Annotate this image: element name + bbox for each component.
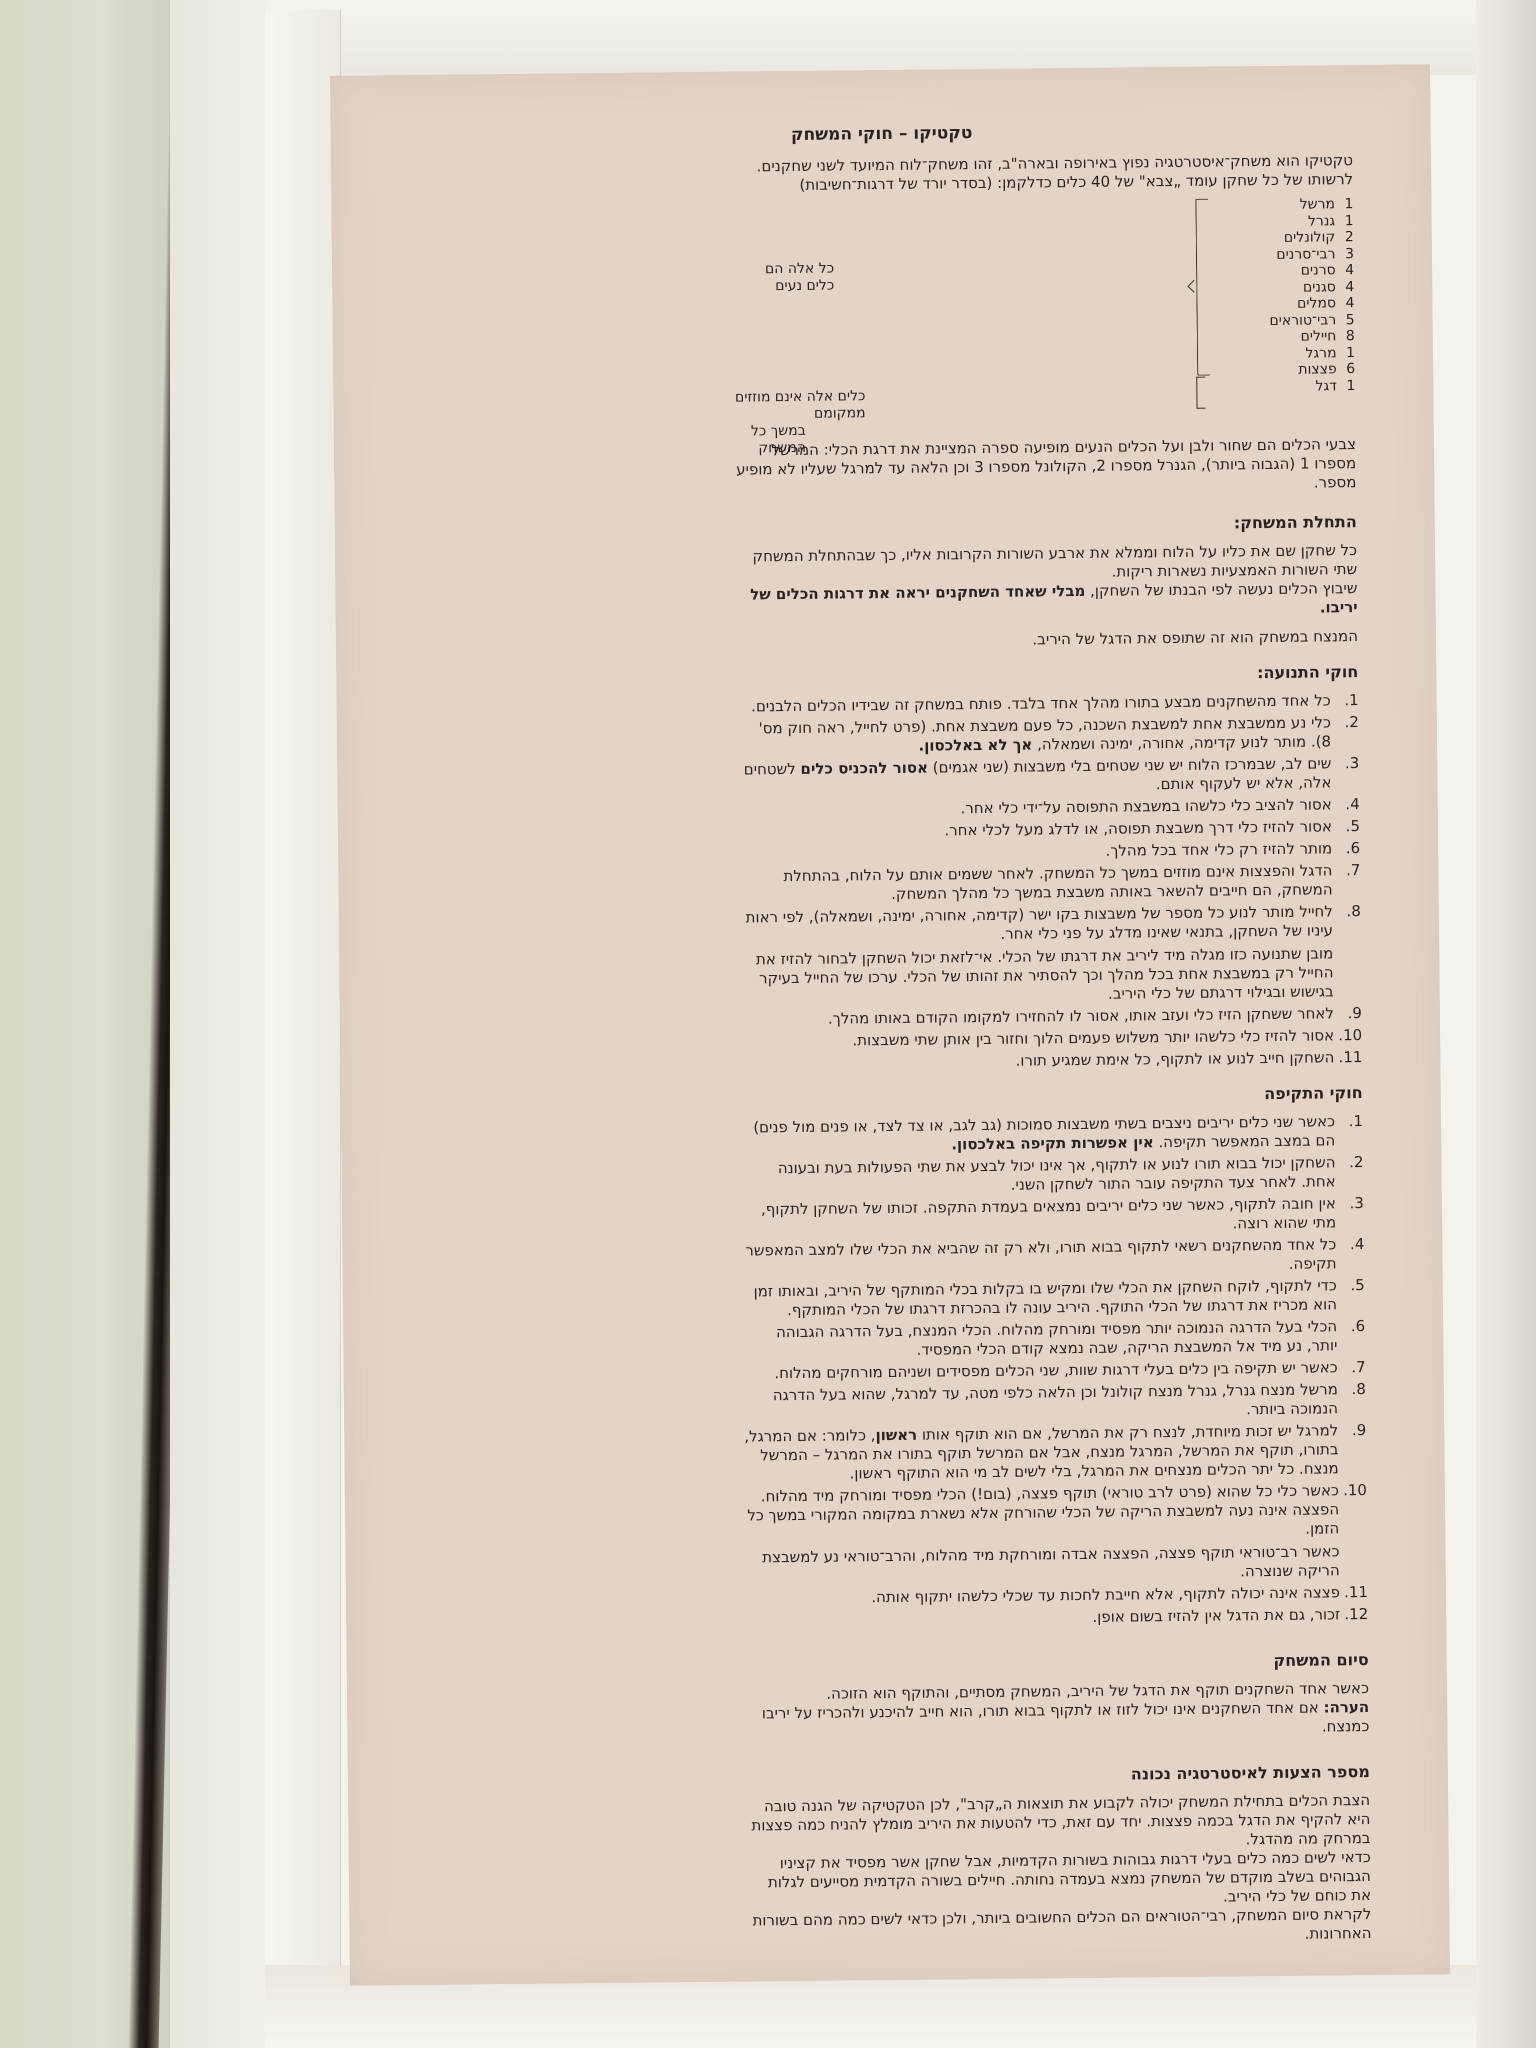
rule-text: אין חובה לתקוף, כאשר שני כלים יריבים נמצ… [761, 1194, 1336, 1232]
start-paragraph-1: כל שחקן שם את כליו על הלוח וממלא את ארבע… [735, 541, 1357, 586]
rule-subparagraph: כאשר רב־טוראי תוקף פצצה, הפצצה אבדה ומור… [745, 1542, 1339, 1586]
rule-number: 5. [1346, 817, 1361, 836]
section-start: התחלת המשחק: כל שחקן שם את כליו על הלוח … [735, 512, 1358, 653]
piece-row: 4 סרנים [1269, 261, 1354, 278]
rule-item: 2.השחקן יכול בבוא תורו לנוע או לתקוף, אך… [741, 1153, 1363, 1198]
brace-moving-icon [1195, 199, 1210, 376]
rule-item: 1.כל אחד מהשחקנים מבצע בתורו מהלך אחד בל… [737, 691, 1359, 717]
intro-paragraph: טקטיקו הוא משחק־איסטרטגיה נפוץ באירופה ו… [731, 151, 1353, 196]
rule-item: 1.כאשר שני כלים יריבים ניצבים בשתי משבצו… [741, 1112, 1363, 1157]
piece-name: חיילים [1300, 328, 1336, 344]
rule-text: אסור להזיז כלי דרך משבצת תפוסה, או לדלג … [944, 817, 1332, 839]
rule-bold-text: ראשון [875, 1426, 917, 1444]
rule-number: 4. [1345, 795, 1360, 814]
rule-text: כאשר כלי כל שהוא (פרט לרב טוראי) תוקף פצ… [747, 1481, 1339, 1537]
rule-text: כאשר יש תקיפה בין כלים בעלי דרגות שוות, … [774, 1358, 1337, 1382]
section-heading: התחלת המשחק: [735, 512, 1357, 538]
rule-number: 5. [1350, 1276, 1365, 1295]
piece-row: 6 פצצות [1270, 360, 1355, 377]
piece-row: 1 מרגל [1270, 344, 1355, 361]
piece-name: מרגל [1305, 345, 1336, 361]
piece-name: קולונלים [1284, 229, 1336, 246]
rule-number: 12. [1344, 1605, 1368, 1624]
rule-item: 9.למרגל יש זכות מיוחדת, לנצח רק את המרשל… [744, 1421, 1367, 1485]
rule-number: 10. [1343, 1481, 1367, 1500]
rule-subparagraph: מובן שתנועה כזו מגלה מיד ליריב את דרגתו … [739, 944, 1334, 1007]
rule-item: 8.מרשל מנצח גנרל, גנרל מנצח קולונל וכן ה… [744, 1380, 1366, 1425]
piece-name: גנרל [1308, 213, 1335, 229]
rule-text: השחקן חייב לנוע או לתקוף, כל אימת שמגיע … [1016, 1048, 1335, 1069]
rule-number: 10. [1338, 1026, 1362, 1045]
rule-number: 11. [1344, 1583, 1368, 1602]
note-line: כלים אלה אינם מוזזים ממקומם [733, 388, 865, 423]
note-line: במשך כל המשחק [734, 422, 866, 457]
rule-item: 12.זכור, גם את הדגל אין להזיז בשום אופן. [746, 1605, 1368, 1631]
rule-number: 6. [1346, 839, 1361, 858]
rule-item: 4.כל אחד מהשחקנים רשאי לתקוף בבוא תורו, … [742, 1235, 1364, 1280]
piece-row: 2 קולונלים [1268, 228, 1353, 245]
rule-item: 3.אין חובה לתקוף, כאשר שני כלים יריבים נ… [742, 1194, 1364, 1239]
rule-number: 4. [1350, 1235, 1365, 1254]
rule-text: מרשל מנצח גנרל, גנרל מנצח קולונל וכן הלא… [773, 1380, 1338, 1418]
rule-text: אסור להזיז כלי כלשהו יותר משלוש פעמים הל… [852, 1026, 1334, 1049]
piece-name: דגל [1315, 378, 1337, 394]
tips-paragraph-1: הצבת הכלים בתחילת המשחק יכולה לקבוע את ת… [748, 1791, 1371, 1855]
rule-number: 9. [1352, 1421, 1367, 1440]
piece-name: סמלים [1297, 295, 1336, 311]
rule-number: 9. [1347, 1004, 1362, 1023]
rule-number: 1. [1344, 691, 1359, 710]
rule-item: 10.אסור להזיז כלי כלשהו יותר משלוש פעמים… [740, 1026, 1362, 1052]
rule-number: 2. [1344, 713, 1359, 732]
note-label: הערה: [1323, 1698, 1369, 1716]
rule-text: כדי לתקוף, לוקח השחקן את הכלי שלו ומקיש … [754, 1276, 1338, 1319]
rule-bold-text: אין אפשרות תקיפה באלכסון. [951, 1133, 1154, 1153]
rule-number: 6. [1351, 1317, 1366, 1336]
piece-row: 1 גנרל [1268, 212, 1353, 229]
rule-text: לאחר ששחקן הזיז כלי ועזב אותו, אסור לו ל… [828, 1004, 1334, 1027]
rule-item: 11.פצצה אינה יכולה לתקוף, אלא חייבת לחכו… [746, 1583, 1368, 1609]
rule-text: השחקן יכול בבוא תורו לנוע או לתקוף, אך א… [778, 1153, 1336, 1193]
section-attack: חוקי התקיפה 1.כאשר שני כלים יריבים ניצבי… [741, 1083, 1369, 1630]
document-title: טקטיקו – חוקי המשחק [571, 122, 1193, 148]
box-side [170, 0, 280, 2048]
piece-name: רבי־סרנים [1276, 246, 1335, 263]
rule-bold-text: אך לא באלכסון. [918, 735, 1032, 754]
movement-rules-list: 1.כל אחד מהשחקנים מבצע בתורו מהלך אחד בל… [737, 691, 1363, 1073]
rule-item: 5.כדי לתקוף, לוקח השחקן את הכלי שלו ומקי… [743, 1276, 1365, 1321]
rule-item: 5.אסור להזיז כלי דרך משבצת תפוסה, או לדל… [738, 817, 1360, 843]
rule-item: 4.אסור להציב כלי כלשהו במשבצת התפוסה על־… [738, 795, 1360, 821]
piece-row: 1 דגל [1270, 377, 1355, 394]
tray-flap-left [265, 10, 341, 1970]
rule-item: 11.השחקן חייב לנוע או לתקוף, כל אימת שמג… [740, 1048, 1362, 1074]
tips-paragraph-3: לקראת סיום המשחק, רבי־הטוראים הם הכלים ה… [749, 1905, 1371, 1950]
note-moving-pieces: כל אלה הם כלים נעים [765, 261, 835, 296]
rule-item: 7.כאשר יש תקיפה בין כלים בעלי דרגות שוות… [744, 1358, 1366, 1384]
note-text: אם אחד השחקנים אינו יכול לזוז או לתקוף ב… [762, 1698, 1370, 1735]
rule-item: 2.כלי נע ממשבצת אחת למשבצת השכנה, כל פעם… [737, 713, 1359, 758]
rule-item: 6.מותר להזיז רק כלי אחד בכל מהלך. [738, 839, 1360, 865]
rule-text: כלי נע ממשבצת אחת למשבצת השכנה, כל פעם מ… [759, 713, 1332, 753]
rule-item: 6.הכלי בעל הדרגה הנמוכה יותר מפסיד ומורח… [743, 1317, 1365, 1362]
section-end: סיום המשחק כאשר אחד השחקנים תוקף את הדגל… [747, 1650, 1370, 1743]
piece-row: 4 סמלים [1269, 294, 1354, 311]
rule-number: 3. [1349, 1194, 1364, 1213]
rule-text: הכלי בעל הדרגה הנמוכה יותר מפסיד ומורחק … [776, 1317, 1337, 1358]
tray-flap-top [265, 0, 1505, 75]
rule-number: 8. [1351, 1380, 1366, 1399]
rule-number: 1. [1349, 1112, 1364, 1131]
rule-text: לחייל מותר לנוע כל מספר של משבצות בקו יש… [746, 902, 1334, 942]
piece-name: רבי־טוראים [1269, 312, 1336, 329]
start-paragraph-2: שיבוץ הכלים נעשה לפי הבנתו של השחקן, מבל… [735, 579, 1357, 624]
piece-name: מרשל [1300, 196, 1335, 212]
brace-fixed-icon [1196, 377, 1205, 409]
section-heading: חוקי התקיפה [741, 1083, 1363, 1109]
piece-row: 5 רבי־טוראים [1269, 311, 1354, 328]
text: שיבוץ הכלים נעשה לפי הבנתו של השחקן, [1085, 579, 1357, 600]
note-line: כל אלה הם [765, 261, 834, 279]
rule-number: 7. [1346, 861, 1361, 880]
section-movement: חוקי התנועה: 1.כל אחד מהשחקנים מבצע בתור… [736, 662, 1362, 1073]
rule-item: 7.הדגל והפצצות אינם מוזזים במשך כל המשחק… [738, 861, 1360, 906]
section-tips: מספר הצעות לאיסטרטגיה נכונה הצבת הכלים ב… [748, 1762, 1372, 1950]
note-line: כלים נעים [765, 278, 834, 296]
rule-text: פצצה אינה יכולה לתקוף, אלא חייבת לחכות ע… [871, 1583, 1340, 1606]
rule-text: אסור להציב כלי כלשהו במשבצת התפוסה על־יד… [960, 795, 1331, 817]
rules-content: טקטיקו – חוקי המשחק טקטיקו הוא משחק־איסט… [330, 64, 1450, 1985]
piece-row: 1 מרשל [1268, 195, 1353, 212]
rules-sheet: טקטיקו – חוקי המשחק טקטיקו הוא משחק־איסט… [330, 64, 1450, 1985]
piece-name: סרנים [1301, 262, 1336, 278]
section-heading: חוקי התנועה: [736, 662, 1358, 688]
piece-list: 1 מרשל1 גנרל2 קולונלים3 רבי־סרנים4 סרנים… [1268, 195, 1355, 394]
note-fixed-pieces: כלים אלה אינם מוזזים ממקומם במשך כל המשח… [733, 388, 866, 457]
piece-name: סגנים [1303, 279, 1336, 295]
end-note: הערה: אם אחד השחקנים אינו יכול לזוז או ל… [747, 1698, 1369, 1743]
rule-text: מותר להזיז רק כלי אחד בכל מהלך. [1105, 839, 1332, 859]
piece-row: 3 רבי־סרנים [1269, 245, 1354, 262]
rule-item: 10.כאשר כלי כל שהוא (פרט לרב טוראי) תוקף… [745, 1481, 1368, 1587]
attack-rules-list: 1.כאשר שני כלים יריבים ניצבים בשתי משבצו… [741, 1112, 1368, 1630]
box-right-wall [1476, 0, 1536, 2048]
pieces-table: 1 מרשל1 גנרל2 קולונלים3 רבי־סרנים4 סרנים… [731, 195, 1355, 424]
rule-number: 7. [1351, 1358, 1366, 1377]
piece-count: 1 [1341, 377, 1355, 396]
rule-text: הדגל והפצצות אינם מוזזים במשך כל המשחק. … [783, 861, 1332, 903]
rule-number: 8. [1346, 902, 1361, 921]
tips-paragraph-2: כדאי לשים כמה כלים בעלי דרגות גבוהות בשו… [749, 1848, 1372, 1912]
rule-text: כל אחד מהשחקנים רשאי לתקוף בבוא תורו, ול… [745, 1235, 1336, 1272]
piece-row: 4 סגנים [1269, 278, 1354, 295]
rule-item: 8.לחייל מותר לנוע כל מספר של משבצות בקו … [739, 902, 1362, 1008]
rule-bold-text: אסור להכניס כלים [800, 759, 928, 778]
rule-number: 3. [1345, 754, 1360, 773]
piece-name: פצצות [1298, 361, 1337, 377]
rule-text: כל אחד מהשחקנים מבצע בתורו מהלך אחד בלבד… [751, 691, 1331, 715]
rule-number: 11. [1338, 1048, 1362, 1067]
rule-number: 2. [1349, 1153, 1364, 1172]
piece-row: 8 חיילים [1270, 327, 1355, 344]
rule-text: זכור, גם את הדגל אין להזיז בשום אופן. [1092, 1605, 1340, 1626]
rule-item: 3.שים לב, שבמרכז הלוח יש שני שטחים בלי מ… [737, 754, 1359, 799]
rule-item: 9.לאחר ששחקן הזיז כלי ועזב אותו, אסור לו… [740, 1004, 1362, 1030]
